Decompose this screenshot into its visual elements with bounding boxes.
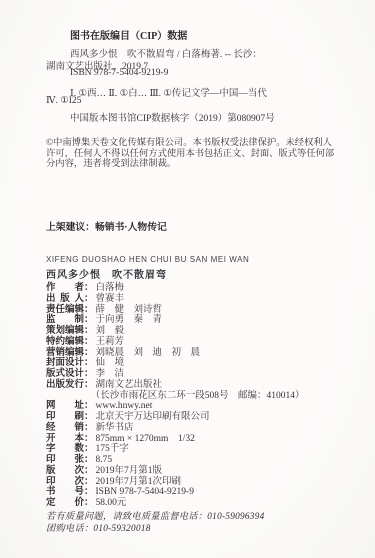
credit-value: 新华书店 xyxy=(96,423,134,433)
credit-row: ：（长沙市雨花区东二环一段508号 邮编：410014） xyxy=(46,391,305,402)
credit-row: 字数：175千字 xyxy=(46,444,305,455)
credit-value: 白落梅 xyxy=(96,283,125,293)
credit-value: 58.00元 xyxy=(96,498,127,508)
credit-label: 监制 xyxy=(46,315,84,326)
credit-row: 特约编辑：王莉芳 xyxy=(46,337,305,348)
credit-value: 北京天宇万达印刷有限公司 xyxy=(96,412,210,422)
cip-heading: 图书在版编目（CIP）数据 xyxy=(70,27,187,42)
credit-colon: ： xyxy=(84,315,94,325)
credit-row: 印次：2019年7月第1次印刷 xyxy=(46,477,305,488)
credit-label: 营销编辑 xyxy=(46,348,84,359)
credit-value: www.hnwy.net xyxy=(96,401,153,411)
credit-row: 书号：ISBN 978-7-5404-9219-9 xyxy=(46,487,305,498)
credit-row: 版次：2019年7月第1版 xyxy=(46,466,305,477)
copyright-line-1: ©中南博集天卷文化传媒有限公司。本书版权受法律保护。未经权利人 xyxy=(46,138,346,149)
credit-label: 策划编辑 xyxy=(46,326,84,337)
credit-colon: ： xyxy=(84,337,94,347)
copyright-line-3: 分内容，违者将受到法律制裁。 xyxy=(46,159,346,170)
credit-label: 出版人 xyxy=(46,294,84,305)
credit-label: 印刷 xyxy=(46,412,84,423)
shelf-suggestion: 上架建议：畅销书·人物传记 xyxy=(46,219,167,233)
credit-value: 刘 毅 xyxy=(96,326,125,336)
credit-value: 刘晓晨 刘 迪 初 晨 xyxy=(96,348,201,358)
credit-value: 湖南文艺出版社 xyxy=(96,380,163,390)
credit-colon: ： xyxy=(84,412,94,422)
credit-value: 8.75 xyxy=(96,455,113,465)
credit-label: 封面设计 xyxy=(46,358,84,369)
credit-colon: ： xyxy=(84,305,94,315)
credit-value: ISBN 978-7-5404-9219-9 xyxy=(96,487,194,497)
credit-value: 仙 境 xyxy=(96,358,125,368)
credit-row: 监制：于向勇 秦 青 xyxy=(46,315,305,326)
credit-colon: ： xyxy=(84,444,94,454)
credit-label: 印张 xyxy=(46,455,84,466)
credit-colon: ： xyxy=(84,326,94,336)
credit-label: 印次 xyxy=(46,477,84,488)
credit-label: 版式设计 xyxy=(46,369,84,380)
credit-colon: ： xyxy=(84,498,94,508)
credit-colon: ： xyxy=(84,283,94,293)
credit-colon: ： xyxy=(84,348,94,358)
credit-colon: ： xyxy=(84,434,94,444)
credit-value: 于向勇 秦 青 xyxy=(96,315,163,325)
cip-record-number: 中国版本图书馆CIP数据核字（2019）第080907号 xyxy=(70,110,275,124)
credit-value: 2019年7月第1版 xyxy=(96,466,163,476)
credit-row: 出版发行：湖南文艺出版社 xyxy=(46,380,305,391)
credit-value: 2019年7月第1次印刷 xyxy=(96,477,182,487)
credit-row: 封面设计：仙 境 xyxy=(46,358,305,369)
credit-colon: ： xyxy=(84,477,94,487)
credit-value: 曾赛丰 xyxy=(96,294,125,304)
credit-colon: ： xyxy=(84,487,94,497)
credit-colon: ： xyxy=(84,358,94,368)
cip-isbn-line: ISBN 978-7-5404-9219-9 xyxy=(70,68,168,78)
credit-row: 责任编辑：薛 健 刘诗哲 xyxy=(46,305,305,316)
credit-row: 印刷：北京天宇万达印刷有限公司 xyxy=(46,412,305,423)
credit-label: 责任编辑 xyxy=(46,305,84,316)
credit-value: 李 洁 xyxy=(96,369,125,379)
book-copyright-page: 图书在版编目（CIP）数据 西风多少恨 吹不散眉弯 / 白落梅著. -- 长沙：… xyxy=(0,0,375,558)
copyright-line-2: 许可，任何人不得以任何方式使用本书包括正文、封面、版式等任何部 xyxy=(46,149,346,160)
credit-value: 薛 健 刘诗哲 xyxy=(96,305,163,315)
credit-label: 开本 xyxy=(46,434,84,445)
credit-label: 经销 xyxy=(46,423,84,434)
credit-colon: ： xyxy=(84,423,94,433)
credit-row: 策划编辑：刘 毅 xyxy=(46,326,305,337)
credit-label: 版次 xyxy=(46,466,84,477)
credit-label: 出版发行 xyxy=(46,380,84,391)
credit-colon: ： xyxy=(84,369,94,379)
credit-label: 网址 xyxy=(46,401,84,412)
group-purchase-note: 团购电话：010-59320018 xyxy=(46,520,151,534)
credit-colon: ： xyxy=(84,455,94,465)
credit-row: 印张：8.75 xyxy=(46,455,305,466)
copyright-notice: ©中南博集天卷文化传媒有限公司。本书版权受法律保护。未经权利人 许可，任何人不得… xyxy=(46,138,346,170)
title-pinyin: XIFENG DUOSHAO HEN CHUI BU SAN MEI WAN xyxy=(46,255,249,264)
credit-row: 作者：白落梅 xyxy=(46,283,305,294)
credit-label: 作者 xyxy=(46,283,84,294)
credit-value: 175千字 xyxy=(96,444,129,454)
credit-row: 出版人：曾赛丰 xyxy=(46,294,305,305)
credit-label: 字数 xyxy=(46,444,84,455)
credit-value: 王莉芳 xyxy=(96,337,125,347)
credit-row: 经销：新华书店 xyxy=(46,423,305,434)
credit-value: 875mm × 1270mm 1/32 xyxy=(96,434,195,444)
credit-row: 开本：875mm × 1270mm 1/32 xyxy=(46,434,305,445)
credit-label: 书号 xyxy=(46,487,84,498)
credit-row: 网址：www.hnwy.net xyxy=(46,401,305,412)
credit-colon: ： xyxy=(84,401,94,411)
title-chinese: 西风多少恨 吹不散眉弯 xyxy=(46,266,167,281)
credit-colon: ： xyxy=(84,294,94,304)
cip-classification-line-2: Ⅳ. ①I25 xyxy=(46,95,81,106)
credit-colon: ： xyxy=(84,466,94,476)
credits-rows: 作者：白落梅 出版人：曾赛丰 责任编辑：薛 健 刘诗哲 监制：于向勇 秦 青 策… xyxy=(46,283,305,509)
credit-row: 版式设计：李 洁 xyxy=(46,369,305,380)
credit-value: （长沙市雨花区东二环一段508号 邮编：410014） xyxy=(96,391,305,401)
credit-label: 特约编辑 xyxy=(46,337,84,348)
credit-row: 营销编辑：刘晓晨 刘 迪 初 晨 xyxy=(46,348,305,359)
credit-colon: ： xyxy=(84,380,94,390)
cip-classification-line-1: Ⅰ. ①西… Ⅱ. ①白… Ⅲ. ①传记文学—中国—当代 xyxy=(70,85,267,99)
